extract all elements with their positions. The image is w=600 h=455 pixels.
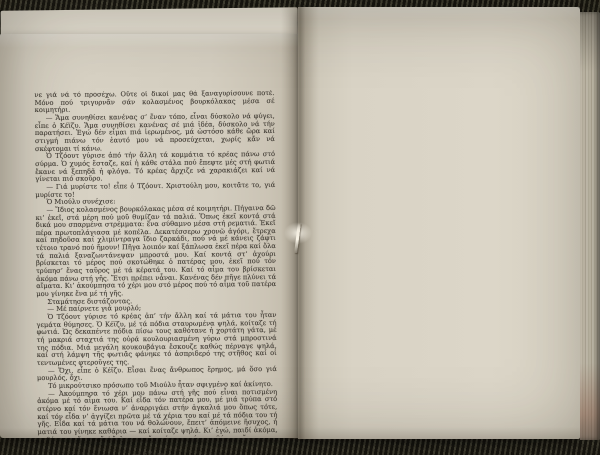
paragraph: — Ἴδιος κολασμένος βουρκόλακας μέσα σέ κ… — [35, 205, 276, 299]
left-page-number: — 62 — — [2, 449, 294, 455]
page-stack-fore-edge — [580, 12, 600, 440]
open-book: νε γιά νά τό προσέχω. Οὔτε οἱ δικοί μας … — [0, 0, 600, 455]
paragraph: Ὁ Τζόουτ γύρισε τό κρέας ἀπ’ τήν ἄλλη κα… — [36, 312, 276, 368]
paragraph: νε γιά νά τό προσέχω. Οὔτε οἱ δικοί μας … — [34, 90, 274, 115]
paragraph: — Ἅμα συνηθίσει κανένας σ’ ἕναν τόπο, εἶ… — [35, 113, 275, 153]
book-photo-scene: νε γιά νά τό προσέχω. Οὔτε οἱ δικοί μας … — [0, 0, 600, 455]
paragraph: Ὁ Τζόουτ γύρισε ἀπό τήν ἄλλη τά κομμάτια… — [35, 151, 275, 184]
right-page: Κούνησε τό κεφάλι του μέ δύναμη δεξιά - … — [298, 7, 580, 439]
left-page: νε γιά νά τό προσέχω. Οὔτε οἱ δικοί μας … — [0, 34, 298, 438]
left-page-text: νε γιά νά τό προσέχω. Οὔτε οἱ δικοί μας … — [34, 90, 277, 438]
paragraph: — Ἀκούμπησα τό χέρι μου πάνω στή γῆς πού… — [37, 389, 277, 438]
